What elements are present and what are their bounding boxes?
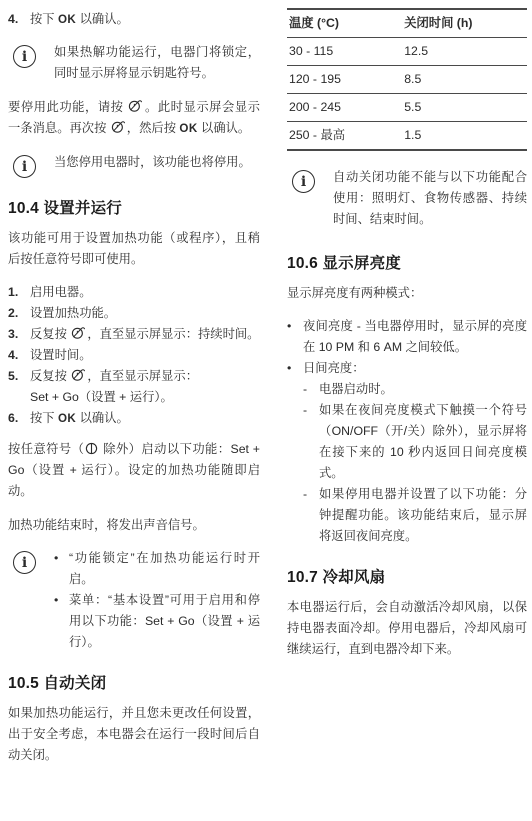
paragraph-disable-function: 要停用此功能，请按 。此时显示屏会显示一条消息。再次按 ，然后按 OK 以确认。 bbox=[8, 97, 260, 139]
info-icon-wrap: i bbox=[8, 548, 54, 653]
table-cell-shutoff-time: 1.5 bbox=[402, 122, 527, 151]
step-text-part: 反复按 bbox=[30, 327, 70, 341]
dash-marker: - bbox=[303, 379, 319, 400]
step-text: 按下 OK 以确认。 bbox=[30, 408, 260, 429]
info-icon-glyph: i bbox=[22, 50, 27, 64]
step-number: 5. bbox=[8, 366, 30, 408]
step-number: 6. bbox=[8, 408, 30, 429]
table-row: 250 - 最高 1.5 bbox=[287, 122, 527, 151]
step-text: 反复按 ，直至显示屏显示：Set + Go（设置 + 运行）。 bbox=[30, 366, 260, 408]
table-row: 120 - 195 8.5 bbox=[287, 66, 527, 94]
info-icon-wrap: i bbox=[8, 42, 54, 84]
table-header-row: 温度 (°C) 关闭时间 (h) bbox=[287, 9, 527, 38]
note-bullet-item: • “功能锁定”在加热功能运行时开启。 bbox=[54, 548, 260, 590]
table-cell-shutoff-time: 8.5 bbox=[402, 66, 527, 94]
sub-item-text: 电器启动时。 bbox=[319, 379, 527, 400]
table-header-temperature: 温度 (°C) bbox=[287, 9, 402, 38]
step-text: 按下 OK 以确认。 bbox=[30, 9, 260, 30]
paragraph-part: 按任意符号（ bbox=[8, 442, 84, 456]
info-icon-wrap: i bbox=[287, 167, 333, 230]
info-icon: i bbox=[292, 170, 315, 193]
bullet-text: 日间亮度： bbox=[303, 358, 527, 379]
step-text-part: 反复按 bbox=[30, 369, 70, 383]
table-cell-temp-range: 200 - 245 bbox=[287, 94, 402, 122]
note-bullets: • “功能锁定”在加热功能运行时开启。 • 菜单：“基本设置”可用于启用和停用以… bbox=[54, 548, 260, 653]
section-heading-10-7: 10.7 冷却风扇 bbox=[287, 568, 527, 587]
step-number: 2. bbox=[8, 303, 30, 324]
table-row: 200 - 245 5.5 bbox=[287, 94, 527, 122]
section-10-4-intro: 该功能可用于设置加热功能（或程序），且稍后按任意符号即可使用。 bbox=[8, 228, 260, 270]
on-off-icon bbox=[85, 442, 98, 455]
info-icon-glyph: i bbox=[301, 175, 306, 189]
info-note-auto-off: i 自动关闭功能不能与以下功能配合使用：照明灯、食物传感器、持续时间、结束时间。 bbox=[287, 167, 527, 230]
step-item-6: 6. 按下 OK 以确认。 bbox=[8, 408, 260, 429]
bullet-marker: • bbox=[54, 548, 69, 590]
step-text: 启用电器。 bbox=[30, 282, 260, 303]
step-text-part: 以确认。 bbox=[76, 411, 129, 425]
step-item-4: 4. 设置时间。 bbox=[8, 345, 260, 366]
info-icon: i bbox=[13, 155, 36, 178]
manual-page: { "icons": { "info_glyph": "i" }, "left"… bbox=[0, 0, 532, 821]
paragraph-part: 以确认。 bbox=[198, 121, 251, 135]
step-item-confirm-top: 4. 按下 OK 以确认。 bbox=[8, 9, 260, 30]
note-bullet-text: “功能锁定”在加热功能运行时开启。 bbox=[69, 548, 260, 590]
brightness-list: • 夜间亮度 - 当电器停用时，显示屏的亮度在 10 PM 和 6 AM 之间较… bbox=[287, 316, 527, 547]
dash-marker: - bbox=[303, 400, 319, 484]
step-text: 设置时间。 bbox=[30, 345, 260, 366]
table-cell-temp-range: 250 - 最高 bbox=[287, 122, 402, 151]
paragraph-sound-signal: 加热功能结束时，将发出声音信号。 bbox=[8, 515, 260, 536]
sub-item-text: 如果停用电器并设置了以下功能：分钟提醒功能。该功能结束后，显示屏将返回夜间亮度。 bbox=[319, 484, 527, 547]
section-heading-10-6: 10.6 显示屏亮度 bbox=[287, 254, 527, 273]
note-bullet-item: • 菜单：“基本设置”可用于启用和停用以下功能：Set + Go（设置 + 运行… bbox=[54, 590, 260, 653]
sub-item-text: 如果在夜间亮度模式下触摸一个符号（ON/OFF（开/关）除外），显示屏将在接下来… bbox=[319, 400, 527, 484]
left-column: 4. 按下 OK 以确认。 i 如果热解功能运行，电器门将锁定，同时显示屏将显示… bbox=[8, 0, 260, 766]
table-cell-temp-range: 120 - 195 bbox=[287, 66, 402, 94]
step-text: 设置加热功能。 bbox=[30, 303, 260, 324]
step-text-part: 按下 bbox=[30, 411, 58, 425]
steps-list: 1. 启用电器。 2. 设置加热功能。 3. 反复按 ，直至显示屏显示：持续时间… bbox=[8, 282, 260, 429]
info-icon-wrap: i bbox=[8, 152, 54, 178]
bullet-marker: • bbox=[287, 316, 303, 358]
paragraph-start-function: 按任意符号（ 除外）启动以下功能：Set + Go（设置 + 运行）。设定的加热… bbox=[8, 439, 260, 502]
step-item-2: 2. 设置加热功能。 bbox=[8, 303, 260, 324]
step-number: 4. bbox=[8, 345, 30, 366]
section-heading-10-5: 10.5 自动关闭 bbox=[8, 674, 260, 693]
section-heading-10-4: 10.4 设置并运行 bbox=[8, 199, 260, 218]
ok-button-glyph: OK bbox=[179, 122, 197, 135]
info-icon: i bbox=[13, 551, 36, 574]
table-body: 30 - 115 12.5 120 - 195 8.5 200 - 245 5.… bbox=[287, 38, 527, 151]
step-text-part: 按下 bbox=[30, 12, 58, 26]
note-bullet-text: 菜单：“基本设置”可用于启用和停用以下功能：Set + Go（设置 + 运行）。 bbox=[69, 590, 260, 653]
clock-functions-icon bbox=[111, 119, 126, 134]
clock-functions-icon bbox=[71, 325, 86, 340]
section-10-6-intro: 显示屏亮度有两种模式： bbox=[287, 283, 527, 304]
note-text: 如果热解功能运行，电器门将锁定，同时显示屏将显示钥匙符号。 bbox=[54, 42, 260, 84]
note-text: 自动关闭功能不能与以下功能配合使用：照明灯、食物传感器、持续时间、结束时间。 bbox=[333, 167, 527, 230]
step-number: 3. bbox=[8, 324, 30, 345]
ok-button-glyph: OK bbox=[58, 412, 76, 425]
step-item-3: 3. 反复按 ，直至显示屏显示：持续时间。 bbox=[8, 324, 260, 345]
step-item-1: 1. 启用电器。 bbox=[8, 282, 260, 303]
bullet-marker: • bbox=[54, 590, 69, 653]
section-10-5-body: 如果加热功能运行，并且您未更改任何设置，出于安全考虑，本电器会在运行一段时间后自… bbox=[8, 703, 260, 766]
bullet-day-brightness: • 日间亮度： bbox=[287, 358, 527, 379]
info-note-pyrolysis: i 如果热解功能运行，电器门将锁定，同时显示屏将显示钥匙符号。 bbox=[8, 42, 260, 84]
table-cell-temp-range: 30 - 115 bbox=[287, 38, 402, 66]
step-text-part: ，直至显示屏显示： bbox=[87, 369, 198, 383]
paragraph-part: 要停用此功能，请按 bbox=[8, 100, 127, 114]
note-text: 当您停用电器时，该功能也将停用。 bbox=[54, 152, 260, 178]
sub-item-day-1: - 电器启动时。 bbox=[287, 379, 527, 400]
step-number: 1. bbox=[8, 282, 30, 303]
info-icon: i bbox=[13, 45, 36, 68]
step-number: 4. bbox=[8, 9, 30, 30]
table-head: 温度 (°C) 关闭时间 (h) bbox=[287, 9, 527, 38]
info-icon-glyph: i bbox=[22, 160, 27, 174]
bullet-night-brightness: • 夜间亮度 - 当电器停用时，显示屏的亮度在 10 PM 和 6 AM 之间较… bbox=[287, 316, 527, 358]
step-text-part: Set + Go（设置 + 运行）。 bbox=[30, 387, 260, 408]
sub-item-day-2: - 如果在夜间亮度模式下触摸一个符号（ON/OFF（开/关）除外），显示屏将在接… bbox=[287, 400, 527, 484]
info-note-deactivate: i 当您停用电器时，该功能也将停用。 bbox=[8, 152, 260, 178]
ok-button-glyph: OK bbox=[58, 13, 76, 26]
step-text-part: 以确认。 bbox=[76, 12, 129, 26]
clock-functions-icon bbox=[128, 98, 143, 113]
table-cell-shutoff-time: 12.5 bbox=[402, 38, 527, 66]
section-10-7-body: 本电器运行后，会自动激活冷却风扇，以保持电器表面冷却。停用电器后，冷却风扇可继续… bbox=[287, 597, 527, 660]
paragraph-part: ，然后按 bbox=[127, 121, 180, 135]
info-note-function-lock: i • “功能锁定”在加热功能运行时开启。 • 菜单：“基本设置”可用于启用和停… bbox=[8, 548, 260, 653]
bullet-text: 夜间亮度 - 当电器停用时，显示屏的亮度在 10 PM 和 6 AM 之间较低。 bbox=[303, 316, 527, 358]
step-item-5: 5. 反复按 ，直至显示屏显示：Set + Go（设置 + 运行）。 bbox=[8, 366, 260, 408]
right-column: 温度 (°C) 关闭时间 (h) 30 - 115 12.5 120 - 195… bbox=[287, 0, 527, 660]
dash-marker: - bbox=[303, 484, 319, 547]
clock-functions-icon bbox=[71, 367, 86, 382]
table-cell-shutoff-time: 5.5 bbox=[402, 94, 527, 122]
table-row: 30 - 115 12.5 bbox=[287, 38, 527, 66]
step-text: 反复按 ，直至显示屏显示：持续时间。 bbox=[30, 324, 260, 345]
info-icon-glyph: i bbox=[22, 556, 27, 570]
sub-item-day-3: - 如果停用电器并设置了以下功能：分钟提醒功能。该功能结束后，显示屏将返回夜间亮… bbox=[287, 484, 527, 547]
bullet-marker: • bbox=[287, 358, 303, 379]
auto-shutoff-table: 温度 (°C) 关闭时间 (h) 30 - 115 12.5 120 - 195… bbox=[287, 8, 527, 151]
table-header-shutoff-time: 关闭时间 (h) bbox=[402, 9, 527, 38]
step-text-part: ，直至显示屏显示：持续时间。 bbox=[87, 327, 259, 341]
